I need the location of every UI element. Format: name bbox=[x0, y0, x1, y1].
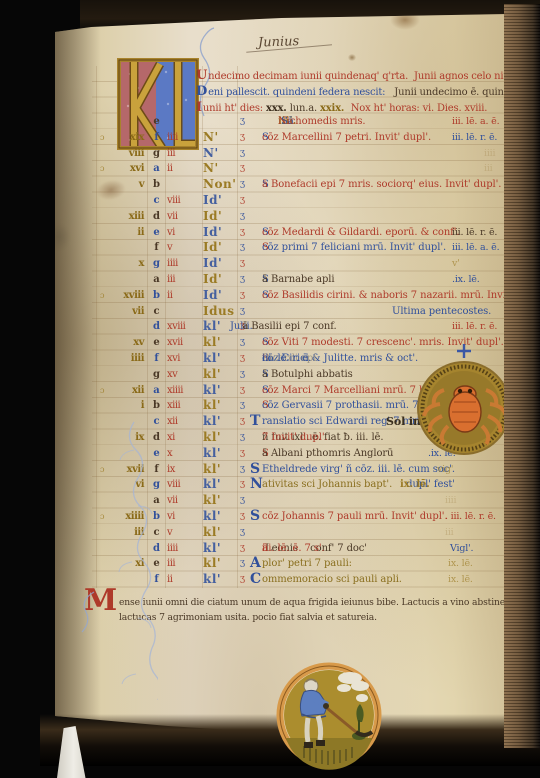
grading-text: . iii. lē. r. ē. bbox=[445, 509, 496, 525]
feast-text: Nichomedis mris. bbox=[278, 114, 366, 130]
header-initial: U bbox=[196, 68, 207, 83]
grading-text: iii. lē. r. ē. bbox=[452, 130, 497, 146]
feast-text: cōz Basilidis cirini. & naboris 7 nazari… bbox=[262, 288, 540, 304]
golden-number: xv bbox=[96, 335, 144, 351]
golden-number: viii bbox=[96, 146, 144, 162]
day-count: ii bbox=[167, 288, 172, 304]
pen-flourish-chain: ʒ bbox=[240, 225, 245, 241]
kalend-marker: Id' bbox=[203, 193, 222, 209]
page-content: Junius Undecimo decimam iunii quindenaq'… bbox=[0, 0, 540, 778]
header-text: eni pallescit. quindeni federa nescit: bbox=[208, 87, 394, 98]
grading-text: iii. lē. r. ē. bbox=[452, 319, 497, 335]
pen-flourish-chain: ʒ bbox=[240, 398, 245, 414]
parchment-stain bbox=[348, 54, 356, 61]
calendar-row: eʒiiii. Sā Nichomedis mris.iii. lē. a. ē… bbox=[0, 114, 540, 130]
grading-text: iii bbox=[445, 525, 454, 541]
feast-text: iii. lē. ē. 7 s'. bbox=[262, 541, 325, 557]
calendar-row: dxviiikl'ʒJulii. ā Basilii epi 7 conf.ii… bbox=[0, 319, 540, 335]
pen-flourish-chain: ʒ bbox=[240, 525, 245, 541]
kalend-marker: kl' bbox=[203, 509, 221, 525]
feast-initial: S bbox=[250, 509, 260, 525]
day-count: iiii bbox=[167, 130, 178, 146]
calendar-row: diiiikl'ʒā Leonis conf' 7 doc' iii. lē. … bbox=[0, 541, 540, 557]
pen-flourish-chain: ʒ bbox=[240, 146, 245, 162]
feast-note-text: Ultima pentecostes. bbox=[392, 304, 491, 320]
day-count: xvi bbox=[167, 351, 180, 367]
dominical-letter: g bbox=[150, 146, 163, 162]
calendar-row: viicIdusʒUltima pentecostes. bbox=[0, 304, 540, 320]
feast-text: cōz Johannis 7 pauli mrū. Invit' dupl'. bbox=[262, 509, 448, 525]
header-text: Nox ht' horas: vi. bbox=[351, 103, 437, 114]
pen-flourish-chain: ʒ bbox=[240, 556, 245, 572]
day-count: iiii bbox=[167, 541, 178, 557]
grading-text: iii. lē. r. ē. bbox=[452, 225, 497, 241]
dominical-letter: f bbox=[150, 351, 163, 367]
golden-number: i bbox=[96, 398, 144, 414]
feast-text: ā Barnabe apli bbox=[262, 272, 335, 288]
cross-flourish-icon bbox=[457, 344, 471, 358]
dominical-letter: e bbox=[150, 114, 163, 130]
dominical-letter: b bbox=[150, 288, 163, 304]
pen-flourish-chain: ʒ bbox=[240, 351, 245, 367]
day-count: vi bbox=[167, 509, 175, 525]
calendar-row: ɔxviaiiN'ʒiii bbox=[0, 161, 540, 177]
day-count: xii bbox=[167, 414, 178, 430]
calendar-row: ɔxviifixkl'ʒSEtheldrede virg' ñ cōz. iii… bbox=[0, 462, 540, 478]
calendar-row: vbNon'ʒSā Bonefacii epi 7 mris. sociorq'… bbox=[0, 177, 540, 193]
calendar-row: cviiiId'ʒ bbox=[0, 193, 540, 209]
dominical-letter: b bbox=[150, 177, 163, 193]
kalend-marker: kl' bbox=[203, 319, 221, 335]
kalend-marker: kl' bbox=[203, 351, 221, 367]
pen-flourish-chain: ʒ bbox=[240, 414, 245, 430]
grading-text: iii bbox=[484, 161, 493, 177]
day-count: viii bbox=[167, 477, 180, 493]
feast-text: ativitas sci Johannis bapt'. bbox=[262, 477, 392, 493]
kalend-marker: kl' bbox=[203, 572, 221, 588]
header-line: Undecimo decimam iunii quindenaq' q'rta.… bbox=[196, 68, 540, 84]
kalend-marker: N' bbox=[203, 146, 219, 162]
kalend-marker: kl' bbox=[203, 462, 221, 478]
cancer-zodiac-medallion bbox=[414, 342, 516, 462]
feast-text: ā Botulphi abbatis bbox=[262, 367, 353, 383]
kalend-marker: Id' bbox=[203, 240, 222, 256]
kalend-marker: kl' bbox=[203, 493, 221, 509]
pen-flourish-chain: ʒ bbox=[240, 209, 245, 225]
manuscript-photo: Junius Undecimo decimam iunii quindenaq'… bbox=[0, 0, 540, 778]
day-count: vii bbox=[167, 209, 178, 225]
kalend-marker: N' bbox=[203, 161, 219, 177]
grading-text: iiii bbox=[445, 493, 456, 509]
pen-flourish-chain: ʒ bbox=[240, 383, 245, 399]
pen-flourish-chain: ʒ bbox=[240, 161, 245, 177]
pen-flourish-chain: ʒ bbox=[240, 477, 245, 493]
feast-text: ā Albani pthomris Anglorū bbox=[262, 446, 393, 462]
kalend-marker: Id' bbox=[203, 225, 222, 241]
header-text: Dies. xviii. bbox=[437, 103, 487, 114]
grading-text: Vigl'. bbox=[450, 541, 473, 557]
feast-initial: T bbox=[250, 414, 260, 430]
feast-initial: A bbox=[250, 556, 261, 572]
calendar-row: aiiiId'ʒSā Barnabe apli.ix. lē. bbox=[0, 272, 540, 288]
month-heading: Junius bbox=[258, 33, 345, 52]
pen-flourish-chain: ʒ bbox=[240, 304, 245, 320]
grading-text: iii. lē. a. ē. bbox=[452, 114, 499, 130]
header-initial: I bbox=[196, 100, 202, 115]
pen-flourish-chain: ʒ bbox=[240, 509, 245, 525]
golden-number: v bbox=[96, 177, 144, 193]
calendar-row: viiigiiiN'ʒiiii bbox=[0, 146, 540, 162]
pen-flourish-chain: ʒ bbox=[240, 367, 245, 383]
feast-initial: C bbox=[250, 572, 261, 588]
kalend-marker: kl' bbox=[203, 541, 221, 557]
calendar-row: ɔxixfiiiiN'ʒScōz Marcellini 7 petri. Inv… bbox=[0, 130, 540, 146]
dominical-letter: c bbox=[150, 193, 163, 209]
calendar-row: xiiidviiId'ʒ bbox=[0, 209, 540, 225]
kalend-marker: Id' bbox=[203, 288, 222, 304]
pen-flourish-chain: ʒ bbox=[240, 130, 245, 146]
golden-number: x bbox=[96, 256, 144, 272]
pen-flourish-chain: ʒ bbox=[240, 572, 245, 588]
pen-flourish-chain: ʒ bbox=[240, 240, 245, 256]
feast-text: ommemoracio sci pauli apli. bbox=[262, 572, 402, 588]
dominical-letter: f bbox=[150, 240, 163, 256]
header-text: xxix. bbox=[320, 103, 351, 114]
dominical-letter: e bbox=[150, 225, 163, 241]
golden-number: iiii bbox=[96, 351, 144, 367]
feast-text: cōz Medardi & Gildardi. eporū. & conf'. bbox=[262, 225, 460, 241]
kalend-marker: kl' bbox=[203, 477, 221, 493]
calendar-row: fiikl'ʒCommemoracio sci pauli apli.ix. l… bbox=[0, 572, 540, 588]
day-count: xviii bbox=[167, 319, 185, 335]
day-count: ix bbox=[167, 462, 175, 478]
kalend-marker: kl' bbox=[203, 430, 221, 446]
dominical-letter: a bbox=[150, 272, 163, 288]
pen-flourish-chain: ʒ bbox=[240, 335, 245, 351]
kalend-marker: Non' bbox=[203, 177, 236, 193]
feast-text: 7 Invit' dupl'. bbox=[262, 430, 328, 446]
day-count: xiiii bbox=[167, 383, 183, 399]
day-count: xv bbox=[167, 367, 177, 383]
header-text: unii ht' dies: bbox=[203, 103, 266, 114]
pen-flourish-chain: ʒ bbox=[240, 177, 245, 193]
pen-flourish-chain: ʒ bbox=[240, 493, 245, 509]
pen-flourish-chain: ʒ bbox=[240, 446, 245, 462]
grading-text: iii. lē. a. ē. bbox=[452, 240, 499, 256]
day-count: v bbox=[167, 525, 172, 541]
day-count: ii bbox=[167, 572, 172, 588]
calendar-row: ɔxiiiibvikl'ʒScōz Johannis 7 pauli mrū. … bbox=[0, 509, 540, 525]
day-count: xiii bbox=[167, 398, 180, 414]
grading-text: vig' bbox=[437, 462, 453, 478]
golden-number: vii bbox=[96, 304, 144, 320]
day-count: x bbox=[167, 446, 172, 462]
day-count: ii bbox=[167, 161, 172, 177]
pen-flourish-chain: ʒ bbox=[240, 272, 245, 288]
dominical-letter: g bbox=[150, 367, 163, 383]
kalend-marker: kl' bbox=[203, 383, 221, 399]
kalend-marker: kl' bbox=[203, 367, 221, 383]
grading-text: .ix. lē. bbox=[452, 272, 480, 288]
dominical-letter: f bbox=[150, 130, 163, 146]
golden-number: xiii bbox=[96, 209, 144, 225]
header-line: Deni pallescit. quindeni federa nescit: … bbox=[196, 84, 540, 100]
golden-number: xvi bbox=[96, 161, 144, 177]
dominical-letter: g bbox=[150, 256, 163, 272]
feast-text: plor' petri 7 pauli: bbox=[262, 556, 352, 572]
pen-flourish-chain: ʒ bbox=[240, 430, 245, 446]
pen-flourish-chain: ʒ bbox=[240, 256, 245, 272]
header-text: lun.a. bbox=[290, 103, 320, 114]
feast-text: Etheldrede virg' ñ cōz. iii. lē. cum soc… bbox=[262, 462, 458, 478]
june-mowing-roundel bbox=[274, 660, 384, 770]
dominical-letter: a bbox=[150, 161, 163, 177]
feast-text: cōz Marcellini 7 petri. Invit' dupl'. bbox=[262, 130, 431, 146]
kalend-marker: N' bbox=[203, 130, 219, 146]
calendar-row: vigviiikl'ʒNativitas sci Johannis bapt'.… bbox=[0, 477, 540, 493]
kalend-marker: kl' bbox=[203, 446, 221, 462]
day-count: vi bbox=[167, 225, 175, 241]
dominical-letter: e bbox=[150, 335, 163, 351]
feast-text: ā Bonefacii epi 7 mris. sociorq' eius. I… bbox=[262, 177, 540, 193]
pen-flourish-chain: ʒ bbox=[240, 114, 245, 130]
dominical-letter: c bbox=[150, 304, 163, 320]
feast-text: iii. lē. r. ē. bbox=[262, 351, 311, 367]
day-count: iii bbox=[167, 556, 175, 572]
day-count: v bbox=[167, 240, 172, 256]
kalend-marker: kl' bbox=[203, 335, 221, 351]
header-text: ndecimo decimam iunii quindenaq' q'rta. bbox=[208, 71, 414, 82]
header-text: xxx. bbox=[266, 103, 290, 114]
feast-text: ā Basilii epi 7 conf. bbox=[230, 319, 337, 335]
grading-text: ix. lē. bbox=[448, 572, 473, 588]
pen-flourish-chain: ʒ bbox=[240, 462, 245, 478]
golden-number: ii bbox=[96, 225, 144, 241]
header-initial: D bbox=[196, 84, 207, 99]
feast-note-text: ix. lē. bbox=[400, 477, 430, 493]
kalend-marker: kl' bbox=[203, 414, 221, 430]
feast-initial: S bbox=[250, 462, 260, 478]
dominical-letter: a bbox=[150, 383, 163, 399]
calendar-row: fvId'ʒScōz primi 7 feliciani mrū. Invit'… bbox=[0, 240, 540, 256]
book-fore-edge bbox=[504, 4, 540, 748]
golden-number: xii bbox=[96, 383, 144, 399]
manuscript-page: Junius Undecimo decimam iunii quindenaq'… bbox=[55, 12, 508, 748]
grading-text: ix. lē. bbox=[448, 556, 473, 572]
day-count: xvii bbox=[167, 335, 183, 351]
verse-initial-filigree bbox=[72, 588, 98, 636]
kalend-marker: kl' bbox=[203, 525, 221, 541]
grading-text: iiii bbox=[484, 146, 495, 162]
marginal-vine-flourish bbox=[118, 420, 158, 710]
kalend-marker: Id' bbox=[203, 272, 222, 288]
kalend-marker: kl' bbox=[203, 556, 221, 572]
day-count: iii bbox=[167, 146, 175, 162]
pen-flourish-chain: ʒ bbox=[240, 193, 245, 209]
verse-line: ense iunii omni die ciatum unum de aqua … bbox=[119, 597, 505, 608]
day-count: iii bbox=[167, 272, 175, 288]
pen-flourish-chain: ʒ bbox=[240, 541, 245, 557]
day-count: vii bbox=[167, 493, 178, 509]
day-count: iiii bbox=[167, 256, 178, 272]
kalend-marker: Id' bbox=[203, 256, 222, 272]
day-count: xi bbox=[167, 430, 175, 446]
kalend-marker: Idus bbox=[203, 304, 234, 320]
day-count: viii bbox=[167, 193, 180, 209]
kalend-marker: Id' bbox=[203, 209, 222, 225]
calendar-row: iiicvkl'ʒiii bbox=[0, 525, 540, 541]
dominical-letter: d bbox=[150, 319, 163, 335]
kalend-marker: kl' bbox=[203, 398, 221, 414]
golden-number: xviii bbox=[96, 288, 144, 304]
calendar-row: xgiiiiId'ʒv' bbox=[0, 256, 540, 272]
feast-text: cōz primi 7 feliciani mrū. Invit' dupl'. bbox=[262, 240, 446, 256]
dominical-letter: b bbox=[150, 398, 163, 414]
calendar-row: xieiiikl'ʒAplor' petri 7 pauli:ix. lē. bbox=[0, 556, 540, 572]
pen-flourish-chain: ʒ bbox=[240, 288, 245, 304]
calendar-row: ɔxviiibiiId'ʒScōz Basilidis cirini. & na… bbox=[0, 288, 540, 304]
feast-initial: N bbox=[250, 477, 263, 493]
grading-text: v' bbox=[452, 256, 460, 272]
calendar-row: iieviId'ʒScōz Medardi & Gildardi. eporū.… bbox=[0, 225, 540, 241]
golden-number: xix bbox=[96, 130, 144, 146]
calendar-row: aviikl'ʒiiii bbox=[0, 493, 540, 509]
dominical-letter: d bbox=[150, 209, 163, 225]
